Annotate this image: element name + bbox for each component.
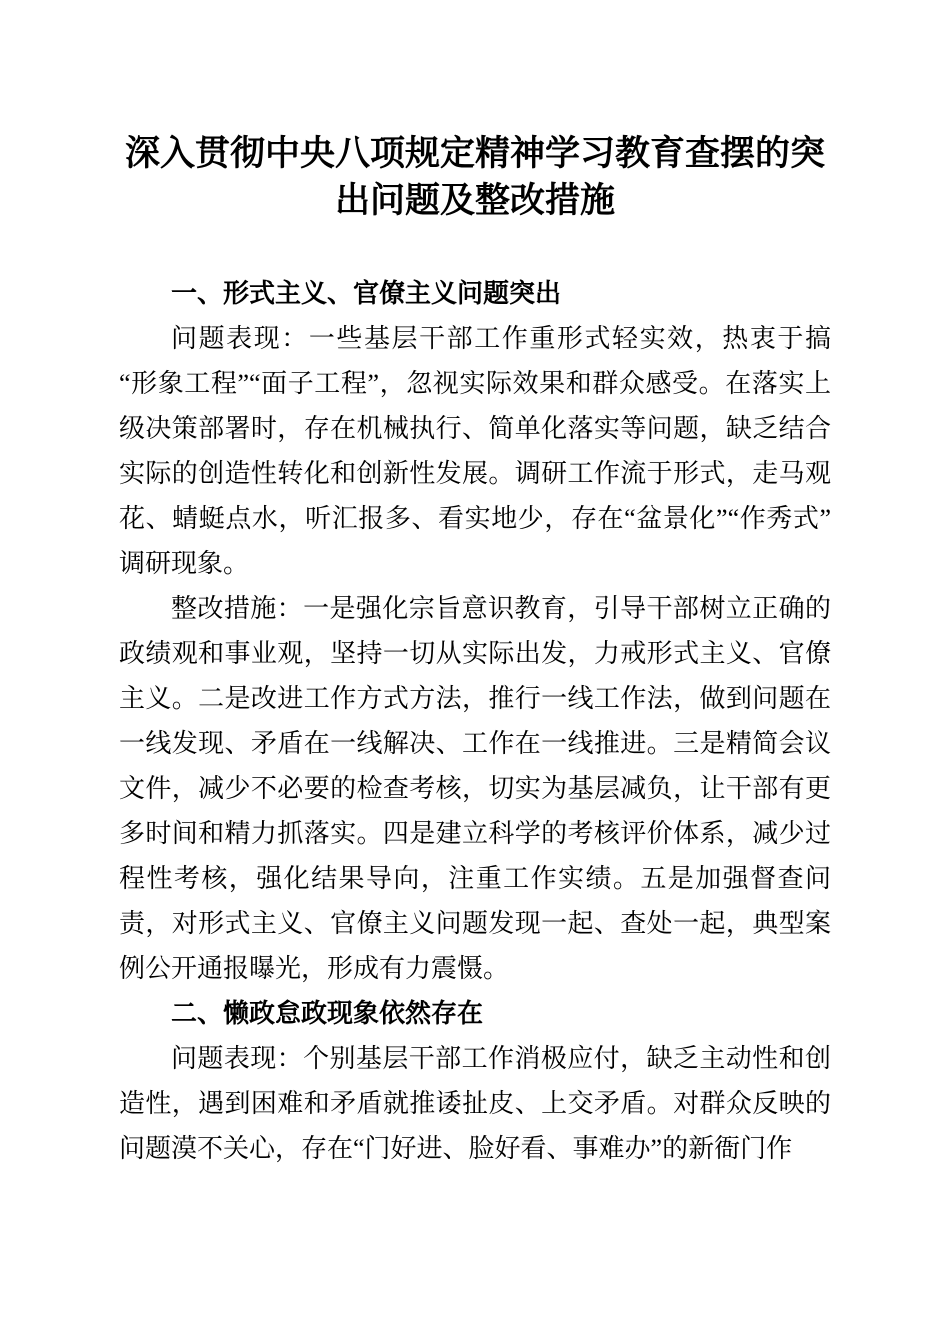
document-content: 深入贯彻中央八项规定精神学习教育查摆的突出问题及整改措施 一、形式主义、官僚主义… xyxy=(119,130,831,1171)
document-page: 深入贯彻中央八项规定精神学习教育查摆的突出问题及整改措施 一、形式主义、官僚主义… xyxy=(0,0,950,1344)
section-1-heading: 一、形式主义、官僚主义问题突出 xyxy=(119,271,831,316)
section-1-paragraph-problems: 问题表现：一些基层干部工作重形式轻实效，热衷于搞“形象工程”“面子工程”，忽视实… xyxy=(119,316,831,586)
section-2-heading: 二、懒政怠政现象依然存在 xyxy=(119,991,831,1036)
section-2-paragraph-problems: 问题表现：个别基层干部工作消极应付，缺乏主动性和创造性，遇到困难和矛盾就推诿扯皮… xyxy=(119,1036,831,1171)
section-1-paragraph-measures: 整改措施：一是强化宗旨意识教育，引导干部树立正确的政绩观和事业观，坚持一切从实际… xyxy=(119,586,831,991)
document-title: 深入贯彻中央八项规定精神学习教育查摆的突出问题及整改措施 xyxy=(119,130,831,224)
